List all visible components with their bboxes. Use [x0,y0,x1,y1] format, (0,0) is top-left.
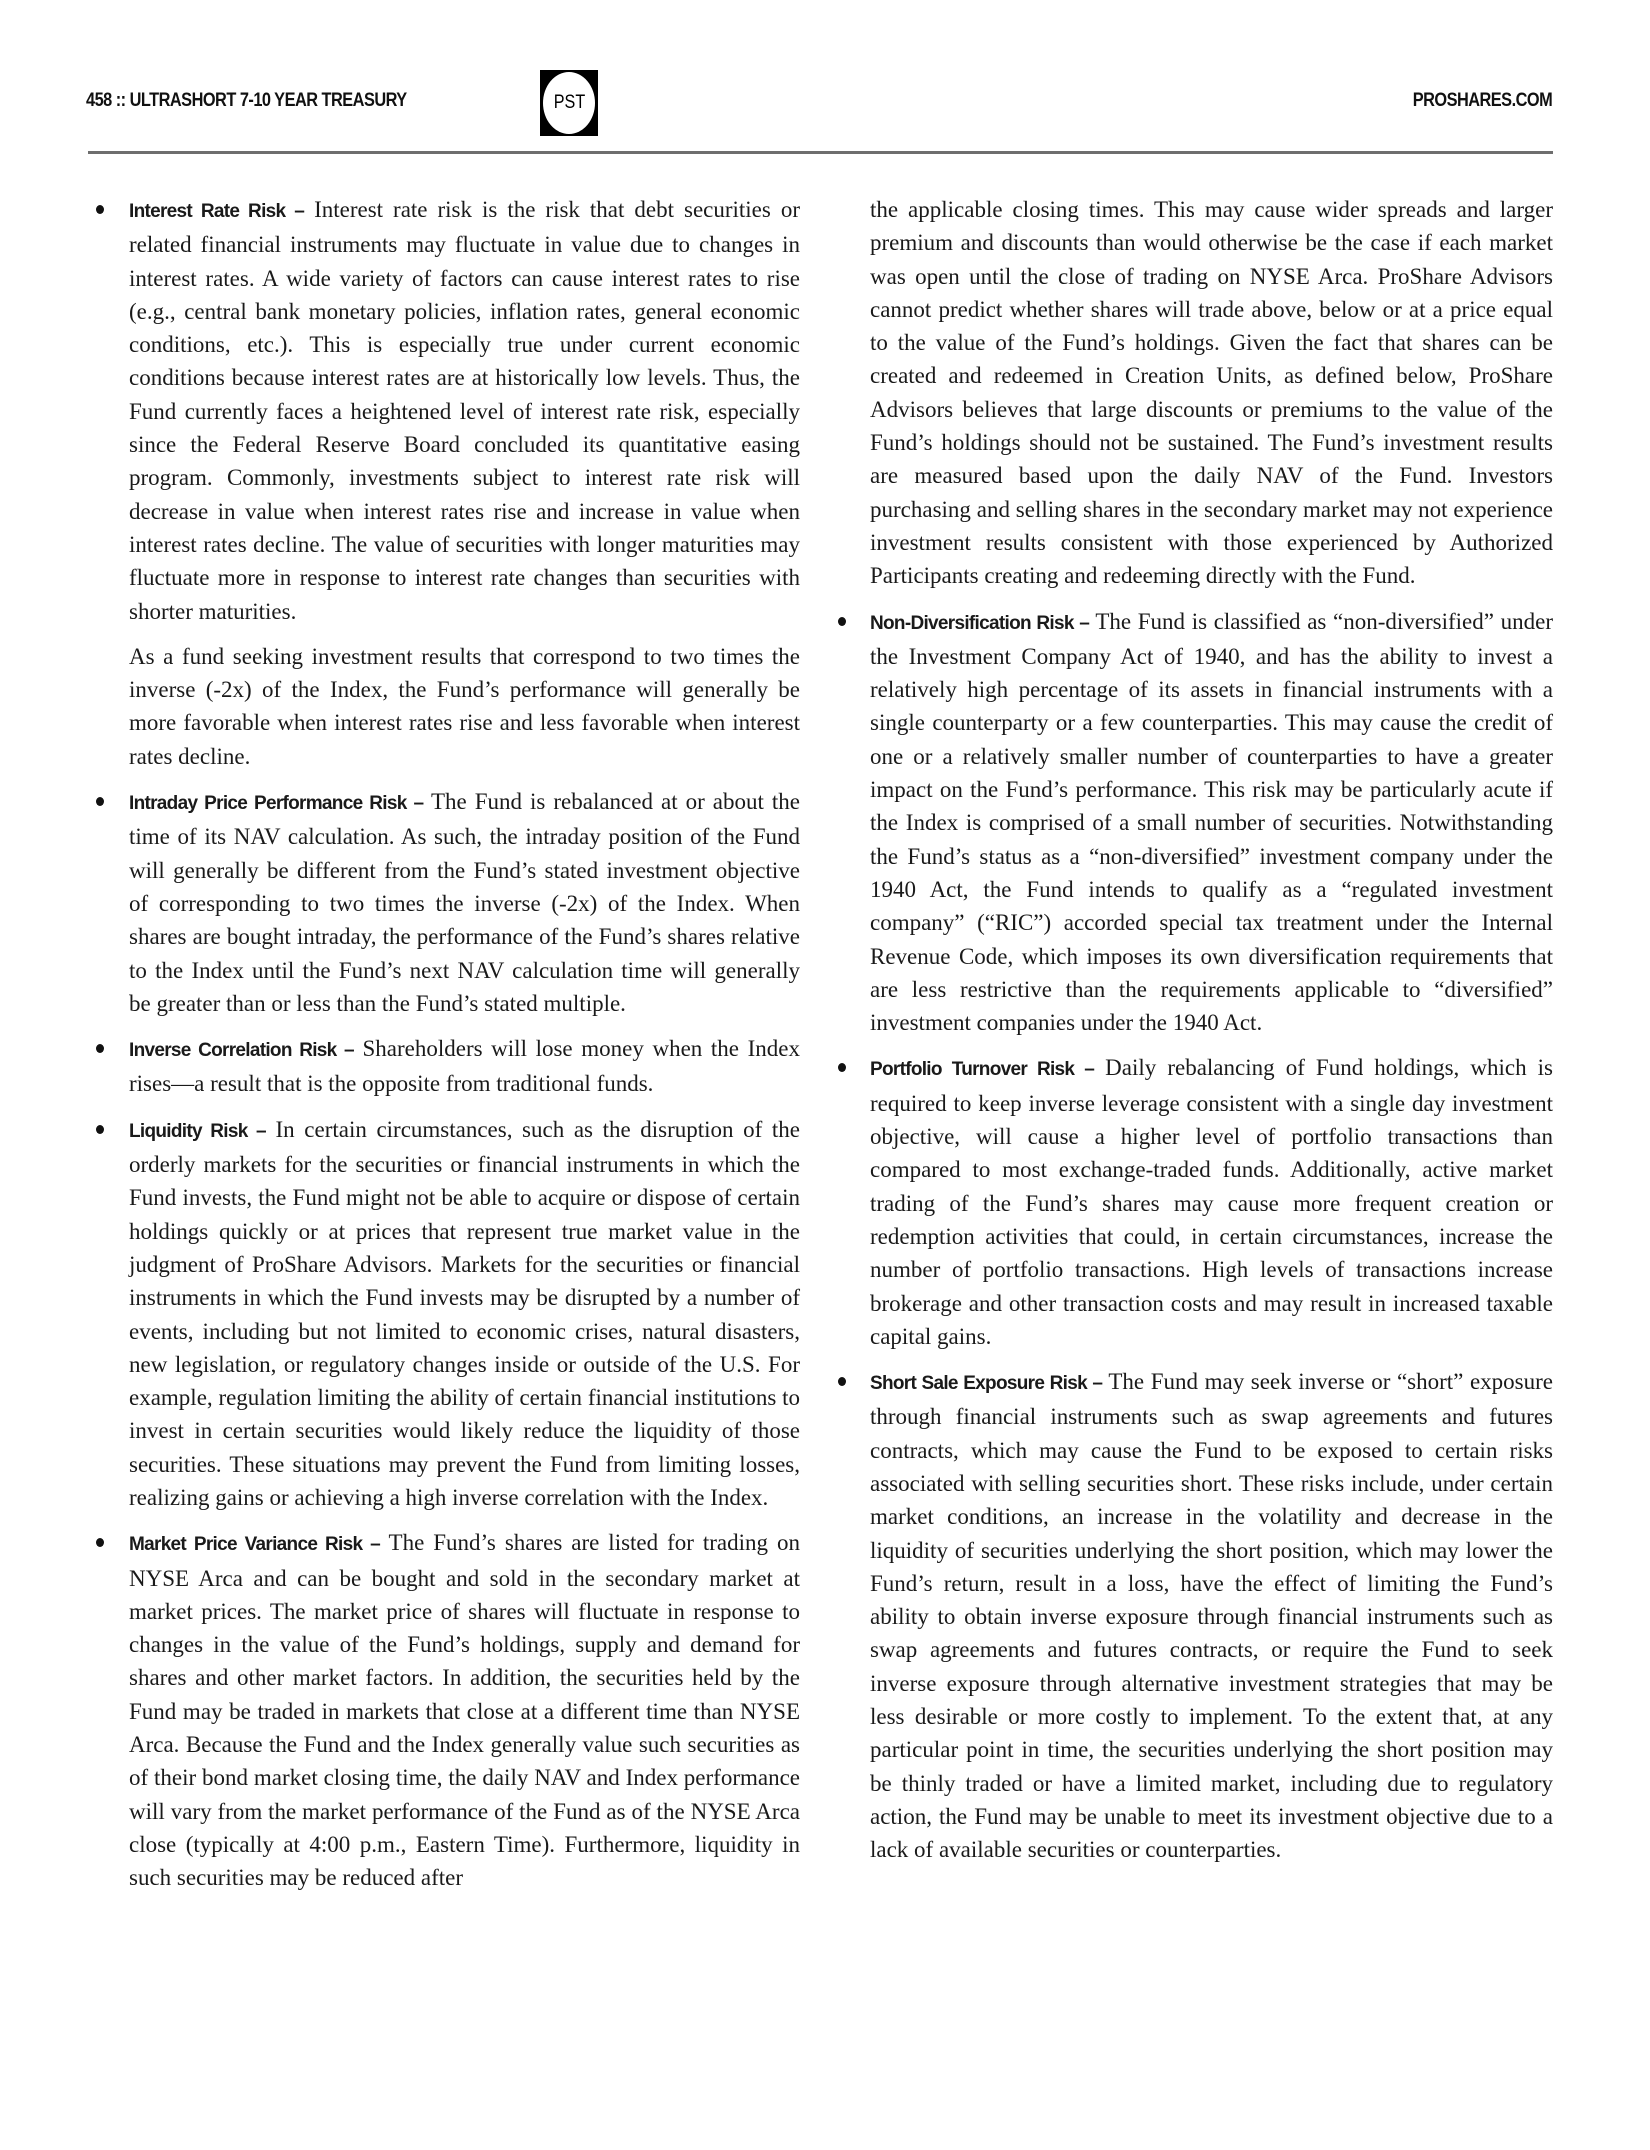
risk-text: The Fund is classified as “non-diversifi… [870,609,1553,1036]
ticker-badge-oval: PST [543,72,595,134]
bullet-icon [838,1063,846,1072]
page-title: 458 :: ULTRASHORT 7-10 YEAR TREASURY [86,90,407,112]
ticker-badge: PST [540,70,598,136]
risk-term: Intraday Price Performance Risk – [129,793,423,814]
left-column: Interest Rate Risk – Interest rate risk … [88,193,800,1907]
risk-term: Market Price Variance Risk – [129,1534,380,1555]
risk-followup-paragraph: As a fund seeking investment results tha… [88,640,800,773]
risk-item-inverse-correlation: Inverse Correlation Risk – Shareholders … [88,1032,800,1101]
header-divider [88,151,1553,154]
page-header: 458 :: ULTRASHORT 7-10 YEAR TREASURY PST… [0,0,1650,160]
risk-text: In certain circumstances, such as the di… [129,1117,800,1510]
risk-item-market-price-variance: Market Price Variance Risk – The Fund’s … [88,1526,800,1894]
risk-text: Interest rate risk is the risk that debt… [129,197,800,624]
risk-text: The Fund is rebalanced at or about the t… [129,789,800,1016]
continued-paragraph: the applicable closing times. This may c… [870,193,1553,593]
risk-item-interest-rate: Interest Rate Risk – Interest rate risk … [88,193,800,628]
bullet-icon [838,1377,846,1386]
risk-item-short-sale-exposure: Short Sale Exposure Risk – The Fund may … [870,1365,1553,1866]
bullet-icon [96,797,104,806]
risk-term: Non-Diversification Risk – [870,613,1089,634]
risk-text: The Fund may seek inverse or “short” exp… [870,1369,1553,1862]
risk-text: Daily rebalancing of Fund holdings, whic… [870,1055,1553,1348]
bullet-icon [96,1125,104,1134]
risk-text: The Fund’s shares are listed for trad­in… [129,1530,800,1890]
risk-term: Short Sale Exposure Risk – [870,1373,1102,1394]
risk-item-intraday: Intraday Price Performance Risk – The Fu… [88,785,800,1020]
risk-term: Inverse Correlation Risk – [129,1040,354,1061]
risk-term: Liquidity Risk – [129,1121,266,1142]
risk-term: Portfolio Turnover Risk – [870,1059,1094,1080]
site-link[interactable]: PROSHARES.COM [1413,90,1552,112]
risk-term: Interest Rate Risk – [129,201,304,222]
risk-item-portfolio-turnover: Portfolio Turnover Risk – Daily rebalanc… [870,1051,1553,1353]
risk-item-liquidity: Liquidity Risk – In certain circumstance… [88,1113,800,1515]
risk-item-non-diversification: Non-Diversification Risk – The Fund is c… [870,605,1553,1040]
bullet-icon [96,205,104,214]
bullet-icon [96,1538,104,1547]
bullet-icon [838,617,846,626]
ticker-label: PST [553,92,584,114]
bullet-icon [96,1044,104,1053]
right-column: the applicable closing times. This may c… [870,193,1553,1879]
